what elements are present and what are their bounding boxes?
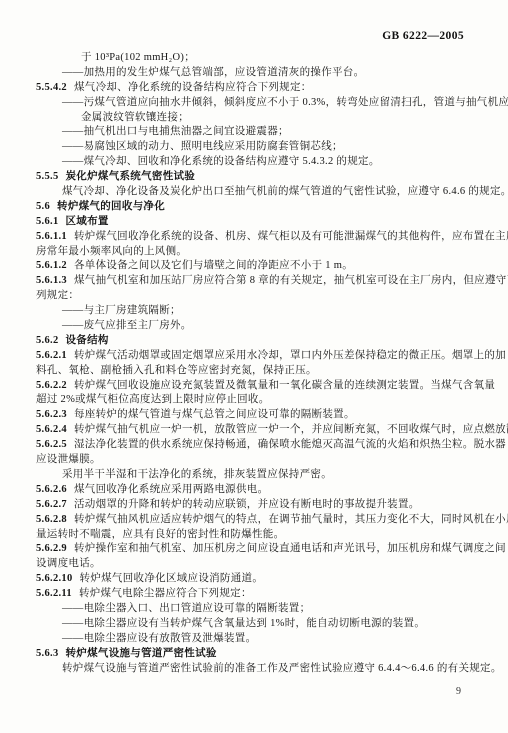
clause-text: 列规定： — [36, 290, 79, 301]
clause-text: ——煤气冷却、回收和净化系统的设备结构应遵守 5.4.3.2 的规定。 — [62, 156, 380, 167]
text-line: 设调度电话。 — [36, 557, 482, 572]
clause-text: ——电除尘器入口、出口管道应设可靠的隔断装置； — [62, 603, 310, 614]
clause-text: 煤气抽气机室和加压站厂房应符合第 8 章的有关规定，抽气机室可设在主厂房内，但应… — [74, 275, 508, 286]
page-number: 9 — [456, 686, 461, 697]
clause-text: 转炉煤气电除尘器应符合下列规定： — [79, 588, 252, 599]
clause-text: 采用半干半湿和干法净化的系统，排灰装置应保持严密。 — [62, 469, 332, 480]
text-line: 5.6.2.6煤气回收净化系统应采用两路电源供电。 — [36, 483, 482, 498]
clause-number: 5.6.2.2 — [36, 380, 67, 391]
text-line: 5.6.2.2转炉煤气回收设施应设充氮装置及微氧量和一氧化碳含量的连续测定装置。… — [36, 379, 482, 394]
text-line: 5.6.2.5湿法净化装置的供水系统应保持畅通，确保喷水能熄灭高温气流的火焰和炽… — [36, 438, 482, 453]
text-line: ——加热用的发生炉煤气总管端部，应设管道清灰的操作平台。 — [36, 66, 482, 81]
text-line: 5.6.3转炉煤气设施与管道严密性试验 — [36, 647, 482, 662]
text-line: ——电除尘器应设有当转炉煤气含氧量达到 1%时，能自动切断电源的装置。 — [36, 617, 482, 632]
text-line: 料孔、氧枪、副枪插入孔和料仓等应密封充氮，保持正压。 — [36, 364, 482, 379]
clause-number: 5.6.2.5 — [36, 439, 67, 450]
clause-text: 煤气回收净化系统应采用两路电源供电。 — [74, 484, 268, 495]
text-line: ——电除尘器应设有放散管及泄爆装置。 — [36, 632, 482, 647]
text-line: 5.6.1.1转炉煤气回收净化系统的设备、机房、煤气柜以及有可能泄漏煤气的其他构… — [36, 230, 482, 245]
text-line: 5.6.2.3每座转炉的煤气管道与煤气总管之间应设可靠的隔断装置。 — [36, 408, 482, 423]
text-line: 煤气冷却、净化设备及炭化炉出口至抽气机前的煤气管道的气密性试验，应遵守 6.4.… — [36, 185, 482, 200]
clause-text: 活动烟罩的升降和转炉的转动应联锁，并应设有断电时的事故提升装置。 — [74, 499, 420, 510]
text-line: ——污煤气管道应向抽水井倾斜，倾斜度应不小于 0.3%，转弯处应留清扫孔，管道与… — [36, 96, 482, 111]
clause-number: 5.6.1 — [36, 216, 59, 227]
clause-text: 煤气冷却、净化系统的设备结构应符合下列规定： — [74, 82, 312, 93]
clause-number: 5.6.2.4 — [36, 424, 67, 435]
clause-text: 量运转时不喘震，应具有良好的密封性和防爆性能。 — [36, 529, 284, 540]
text-line: 5.5.5炭化炉煤气系统气密性试验 — [36, 170, 482, 185]
clause-number: 5.6.3 — [36, 648, 59, 659]
clause-text: ——抽气机出口与电捕焦油器之间宜设避震器； — [62, 126, 289, 137]
text-line: 应设泄爆膜。 — [36, 453, 482, 468]
clause-text: 转炉操作室和抽气机室、加压机房之间应设直通电话和声光讯号，加压机房和煤气调度之间 — [74, 543, 506, 554]
text-line: 金属波纹管软镶连接； — [36, 111, 482, 126]
text-line: ——废气应排至主厂房外。 — [36, 319, 482, 334]
clause-text: 转炉煤气抽风机应适应转炉烟气的特点，在调节抽气量时，其压力变化不大，同时风机在小… — [74, 514, 508, 525]
text-line: 5.6.2.1转炉煤气活动烟罩或固定烟罩应采用水冷却，罩口内外压差保持稳定的微正… — [36, 349, 482, 364]
clause-text: 房常年最小频率风向的上风侧。 — [36, 246, 187, 257]
clause-text: 转炉煤气的回收与净化 — [57, 201, 165, 212]
text-line: 5.6.2设备结构 — [36, 334, 482, 349]
clause-text: ——电除尘器应设有当转炉煤气含氧量达到 1%时，能自动切断电源的装置。 — [62, 618, 425, 629]
text-line: 5.6.2.4转炉煤气抽气机应一炉一机，放散管应一炉一个，并应间断充氮，不回收煤… — [36, 423, 482, 438]
text-line: 于 10³Pa(102 mmH₂O)； — [36, 51, 482, 66]
clause-text: 设调度电话。 — [36, 558, 101, 569]
clause-text: ——加热用的发生炉煤气总管端部，应设管道清灰的操作平台。 — [62, 67, 364, 78]
clause-text: ——与主厂房建筑隔断； — [62, 305, 181, 316]
clause-text: 转炉煤气活动烟罩或固定烟罩应采用水冷却，罩口内外压差保持稳定的微正压。烟罩上的加 — [74, 350, 506, 361]
text-line: 采用半干半湿和干法净化的系统，排灰装置应保持严密。 — [36, 468, 482, 483]
clause-text: 区域布置 — [66, 216, 109, 227]
clause-number: 5.5.4.2 — [36, 82, 67, 93]
clause-text: 各单体设备之间以及它们与墙壁之间的净距应不小于 1 m。 — [74, 260, 353, 271]
clause-number: 5.6.2.6 — [36, 484, 67, 495]
clause-text: 转炉煤气回收净化系统的设备、机房、煤气柜以及有可能泄漏煤气的其他构件，应布置在主… — [74, 231, 508, 242]
clause-text: ——电除尘器应设有放散管及泄爆装置。 — [62, 633, 256, 644]
standard-number-header: GB 6222—2005 — [382, 30, 464, 42]
text-line: 5.5.4.2煤气冷却、净化系统的设备结构应符合下列规定： — [36, 81, 482, 96]
text-line: 超过 2%或煤气柜位高度达到上限时应停止回收。 — [36, 393, 482, 408]
text-line: 5.6.1.3煤气抽气机室和加压站厂房应符合第 8 章的有关规定，抽气机室可设在… — [36, 274, 482, 289]
document-page: GB 6222—2005 于 10³Pa(102 mmH₂O)；——加热用的发生… — [0, 0, 508, 733]
text-line: 量运转时不喘震，应具有良好的密封性和防爆性能。 — [36, 528, 482, 543]
clause-number: 5.6.1.3 — [36, 275, 67, 286]
clause-text: 转炉煤气回收净化区域应设消防通道。 — [80, 573, 264, 584]
text-line: 5.6.2.10转炉煤气回收净化区域应设消防通道。 — [36, 572, 482, 587]
content-lines: 于 10³Pa(102 mmH₂O)；——加热用的发生炉煤气总管端部，应设管道清… — [36, 51, 482, 676]
clause-text: 料孔、氧枪、副枪插入孔和料仓等应密封充氮，保持正压。 — [36, 365, 317, 376]
clause-text: 超过 2%或煤气柜位高度达到上限时应停止回收。 — [36, 394, 270, 405]
text-line: ——与主厂房建筑隔断； — [36, 304, 482, 319]
clause-text: 转炉煤气回收设施应设充氮装置及微氧量和一氧化碳含量的连续测定装置。当煤气含氧量 — [74, 380, 495, 391]
clause-number: 5.6.2.8 — [36, 514, 67, 525]
text-line: 5.6.1区域布置 — [36, 215, 482, 230]
clause-text: 转炉煤气设施与管道严密性试验 — [66, 648, 217, 659]
text-line: 5.6.2.9转炉操作室和抽气机室、加压机房之间应设直通电话和声光讯号，加压机房… — [36, 542, 482, 557]
clause-number: 5.6.1.1 — [36, 231, 67, 242]
clause-text: ——污煤气管道应向抽水井倾斜，倾斜度应不小于 0.3%，转弯处应留清扫孔，管道与… — [62, 97, 508, 108]
clause-number: 5.6.2.7 — [36, 499, 67, 510]
text-line: 列规定： — [36, 289, 482, 304]
clause-text: 煤气冷却、净化设备及炭化炉出口至抽气机前的煤气管道的气密性试验，应遵守 6.4.… — [62, 186, 508, 197]
text-line: 5.6.2.7活动烟罩的升降和转炉的转动应联锁，并应设有断电时的事故提升装置。 — [36, 498, 482, 513]
clause-text: 应设泄爆膜。 — [36, 454, 101, 465]
text-line: ——易腐蚀区域的动力、照明电线应采用防腐套管铜芯线； — [36, 140, 482, 155]
clause-number: 5.6.2.10 — [36, 573, 73, 584]
clause-text: 每座转炉的煤气管道与煤气总管之间应设可靠的隔断装置。 — [74, 409, 355, 420]
clause-number: 5.6.2.11 — [36, 588, 72, 599]
clause-text: 金属波纹管软镶连接； — [81, 112, 189, 123]
clause-number: 5.6.2.3 — [36, 409, 67, 420]
text-line: ——煤气冷却、回收和净化系统的设备结构应遵守 5.4.3.2 的规定。 — [36, 155, 482, 170]
text-line: 5.6.2.8转炉煤气抽风机应适应转炉烟气的特点，在调节抽气量时，其压力变化不大… — [36, 513, 482, 528]
text-line: ——抽气机出口与电捕焦油器之间宜设避震器； — [36, 125, 482, 140]
text-line: 5.6.2.11转炉煤气电除尘器应符合下列规定： — [36, 587, 482, 602]
clause-text: 转炉煤气抽气机应一炉一机，放散管应一炉一个，并应间断充氮，不回收煤气时，应点燃放… — [74, 424, 508, 435]
text-line: 转炉煤气设施与管道严密性试验前的准备工作及严密性试验应遵守 6.4.4～6.4.… — [36, 662, 482, 677]
clause-text: ——易腐蚀区域的动力、照明电线应采用防腐套管铜芯线； — [62, 141, 343, 152]
clause-number: 5.6 — [36, 201, 50, 212]
clause-number: 5.6.2.1 — [36, 350, 67, 361]
clause-number: 5.6.1.2 — [36, 260, 67, 271]
clause-text: ——废气应排至主厂房外。 — [62, 320, 192, 331]
clause-number: 5.6.2 — [36, 335, 59, 346]
clause-text: 于 10³Pa(102 mmH₂O)； — [81, 52, 195, 63]
text-line: 房常年最小频率风向的上风侧。 — [36, 245, 482, 260]
clause-text: 转炉煤气设施与管道严密性试验前的准备工作及严密性试验应遵守 6.4.4～6.4.… — [62, 663, 502, 674]
clause-text: 设备结构 — [66, 335, 109, 346]
text-line: ——电除尘器入口、出口管道应设可靠的隔断装置； — [36, 602, 482, 617]
clause-text: 炭化炉煤气系统气密性试验 — [66, 171, 196, 182]
clause-number: 5.6.2.9 — [36, 543, 67, 554]
text-line: 5.6.1.2各单体设备之间以及它们与墙壁之间的净距应不小于 1 m。 — [36, 259, 482, 274]
text-line: 5.6转炉煤气的回收与净化 — [36, 200, 482, 215]
clause-number: 5.5.5 — [36, 171, 59, 182]
clause-text: 湿法净化装置的供水系统应保持畅通，确保喷水能熄灭高温气流的火焰和炽热尘粒。脱水器 — [74, 439, 506, 450]
